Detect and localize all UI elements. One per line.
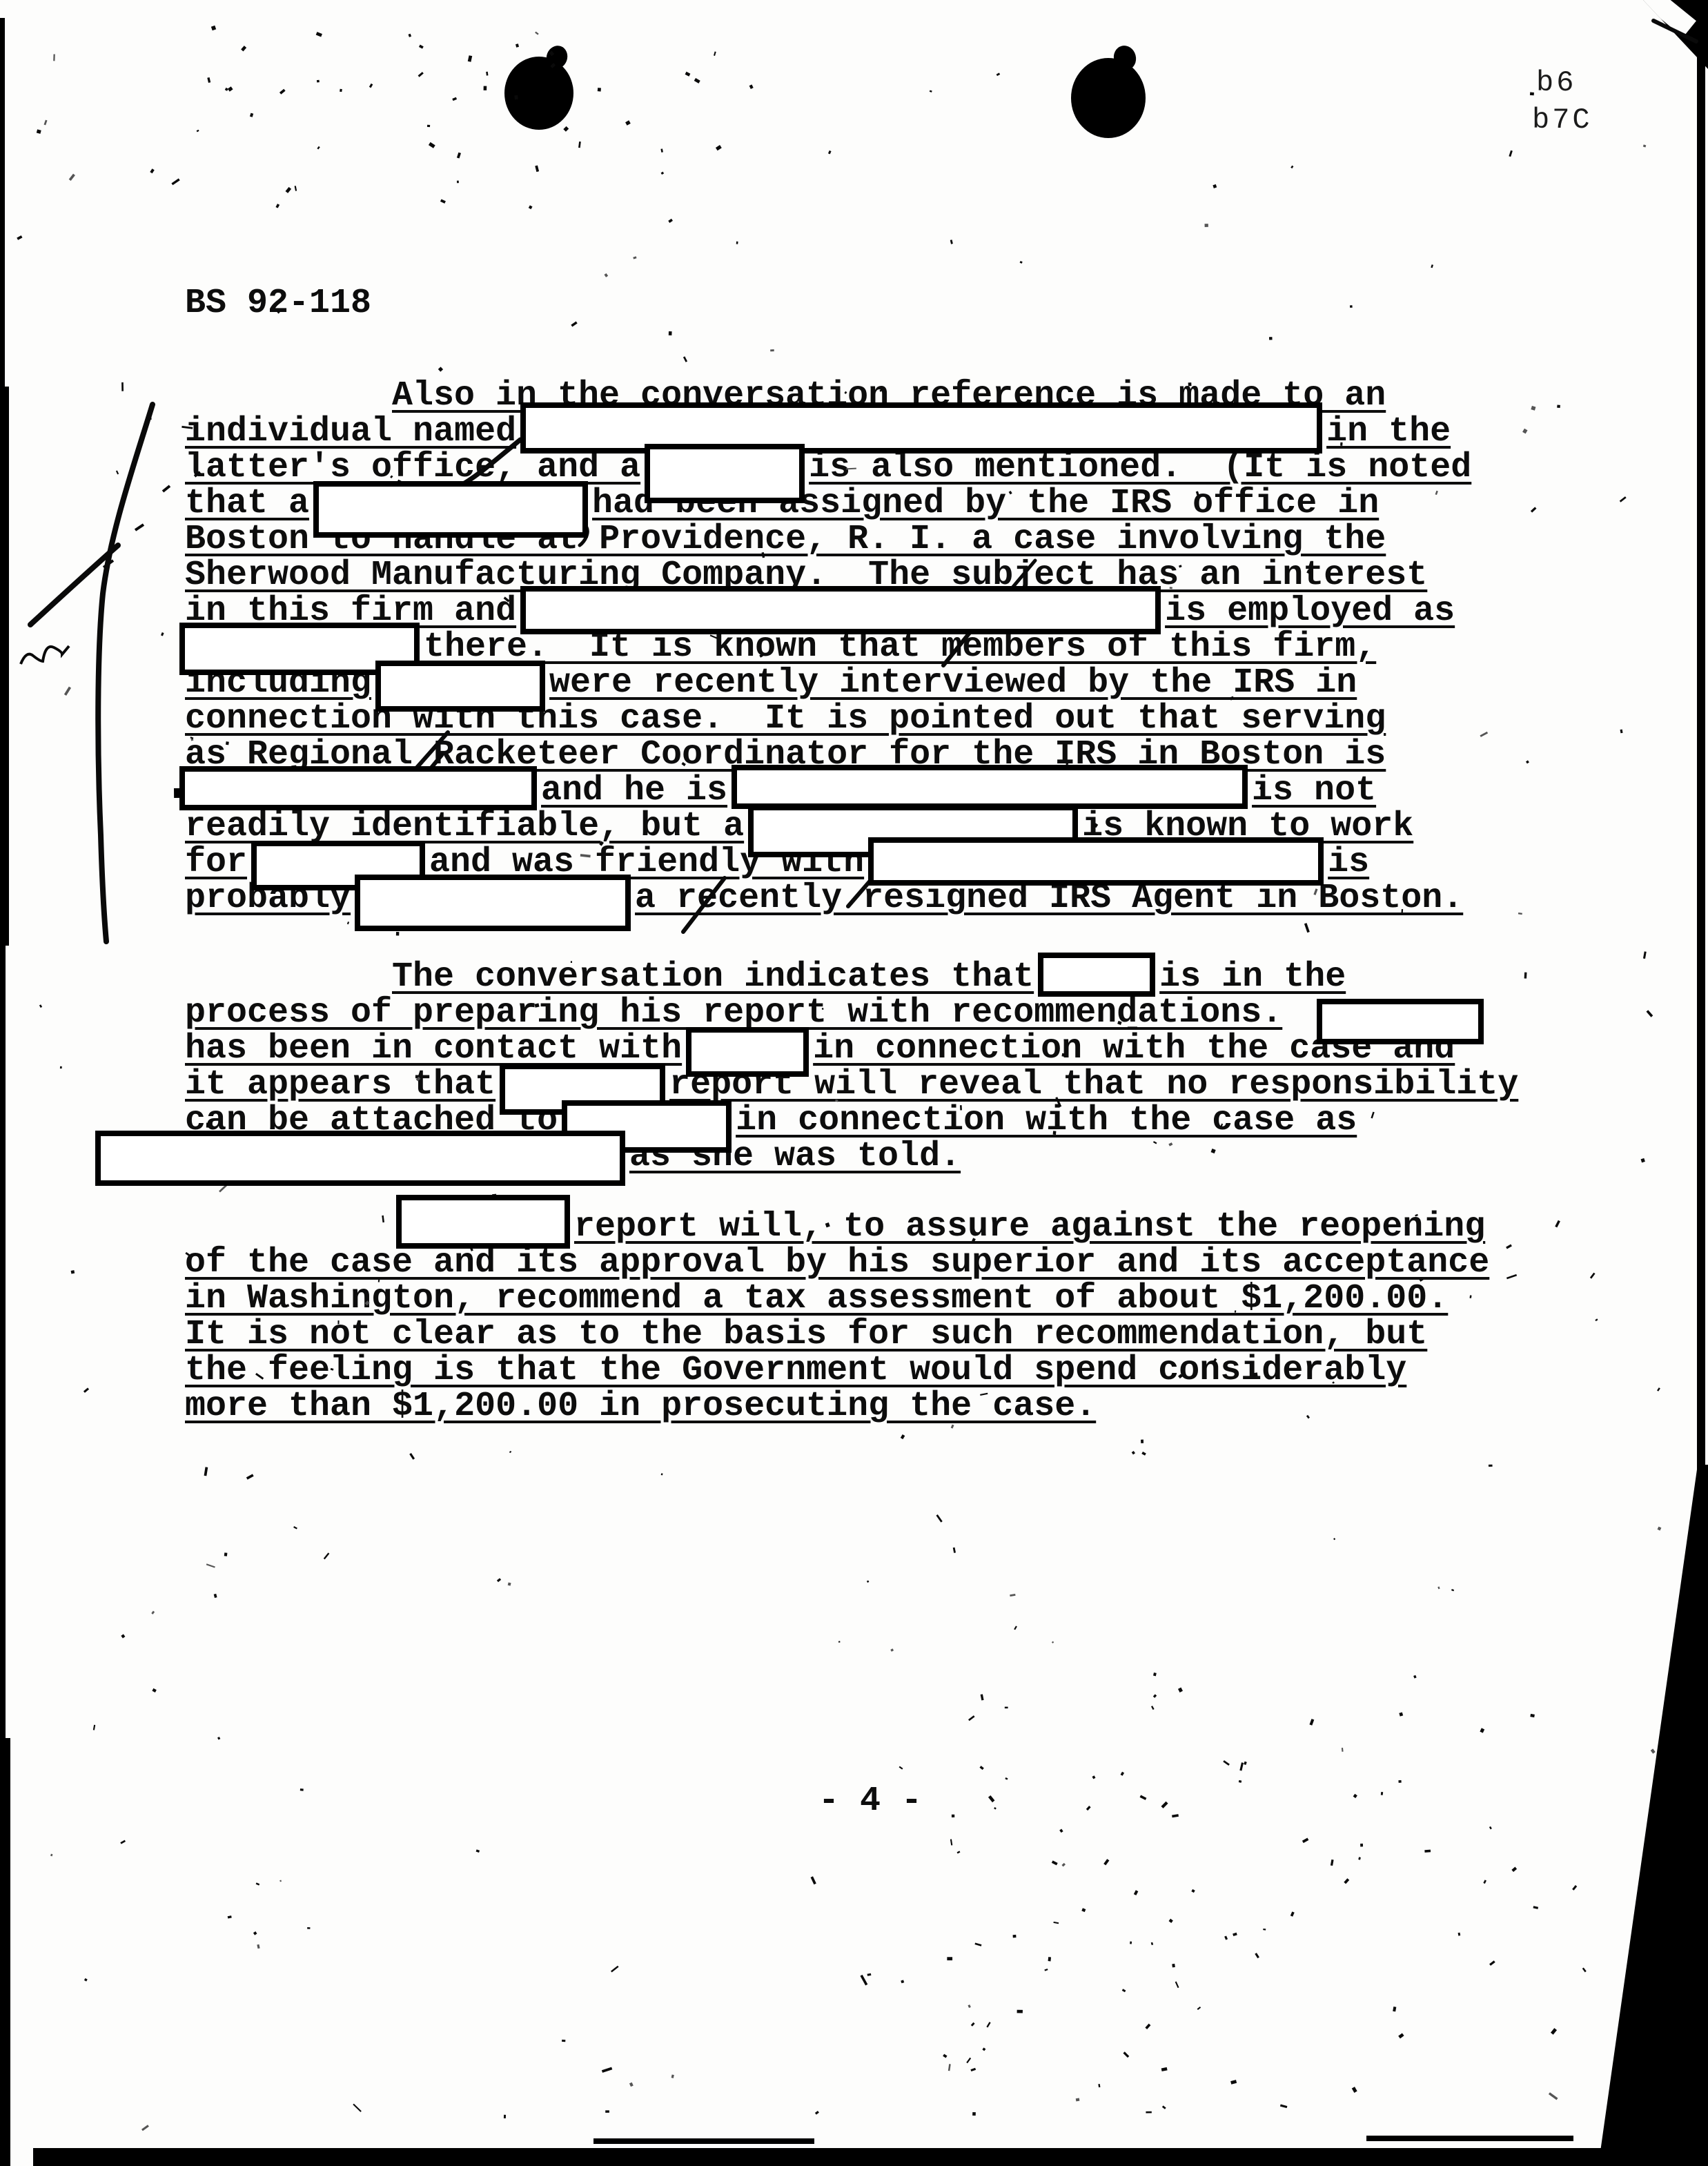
redaction-box xyxy=(375,665,545,701)
document-page: b6 b7C BS 92-118 Also in the conversatio… xyxy=(0,0,1708,2166)
pencil-slash-recently xyxy=(683,878,725,932)
redaction-box xyxy=(868,845,1324,881)
redaction-box xyxy=(396,1209,570,1245)
redaction-box xyxy=(732,773,1248,809)
pencil-stroke-long xyxy=(98,404,153,941)
redaction-box xyxy=(179,773,537,809)
pencil-margin-marks xyxy=(0,0,1708,2166)
pencil-scribble xyxy=(21,646,69,664)
redaction-box xyxy=(95,1139,625,1175)
redaction-box xyxy=(645,450,805,486)
redaction-box xyxy=(1317,995,1484,1031)
redaction-box xyxy=(500,1067,665,1103)
pencil-corner-mark xyxy=(1653,21,1696,41)
redaction-box xyxy=(520,594,1161,630)
redaction-box xyxy=(686,1031,809,1067)
redaction-box xyxy=(1038,959,1155,995)
pencil-slash-office xyxy=(458,440,520,487)
scan-edge-shadow-bottom-right xyxy=(1598,1465,1708,2166)
redaction-box xyxy=(520,414,1322,450)
redaction-box xyxy=(313,486,588,522)
redaction-box xyxy=(355,881,631,917)
